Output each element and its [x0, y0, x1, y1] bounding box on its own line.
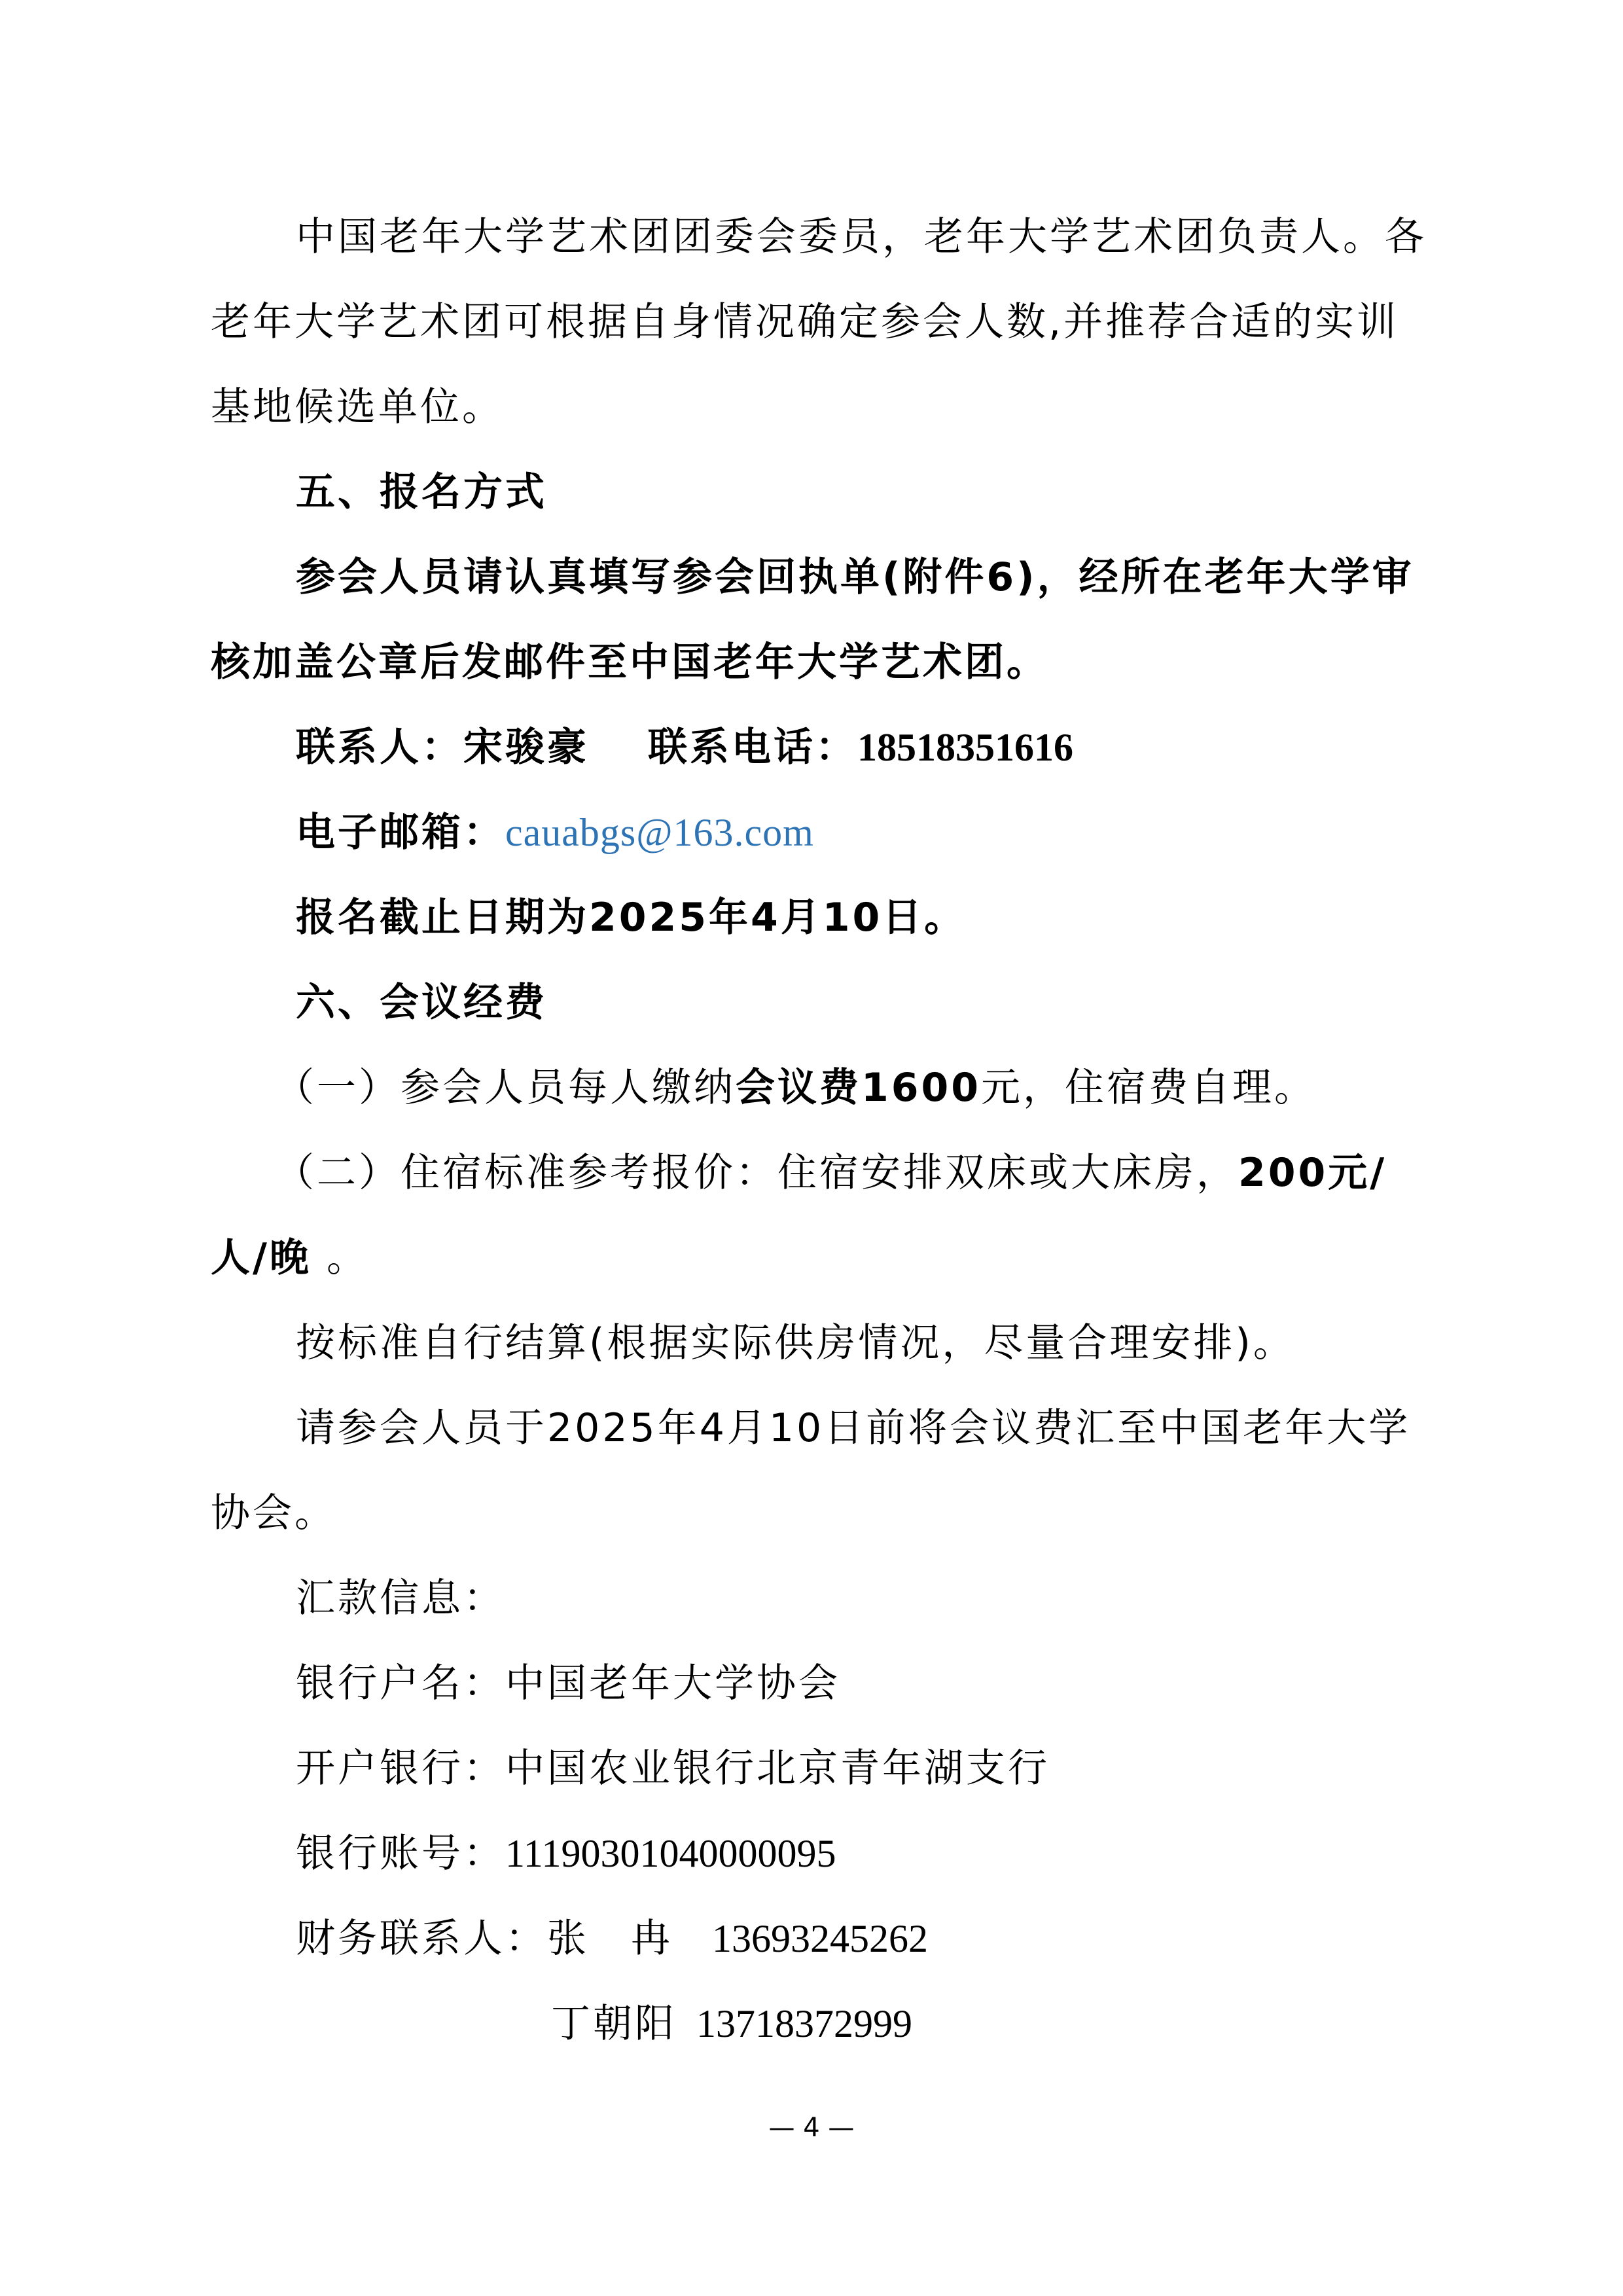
- section-heading-registration: 五、报名方式: [296, 466, 1500, 518]
- remittance-info-heading: 汇款信息：: [296, 1572, 1500, 1624]
- fee-item-1-text: （一）参会人员每人缴纳: [275, 1065, 736, 1111]
- email-label: 电子邮箱：: [296, 810, 505, 855]
- fee-item-1-suffix: 元，住宿费自理。: [981, 1065, 1316, 1111]
- contact-line: 联系人：宋骏豪联系电话：18518351616: [296, 721, 1500, 774]
- fee-item-2: （二）住宿标准参考报价：住宿安排双床或大床房，200元/: [275, 1147, 1479, 1199]
- paragraph-line: 基地候选单位。: [211, 381, 1415, 433]
- bank-name-label: 银行户名：: [296, 1660, 505, 1706]
- account-value: 11190301040000095: [505, 1832, 836, 1875]
- fee-item-2-text: （二）住宿标准参考报价：住宿安排双床或大床房，: [275, 1150, 1238, 1196]
- contact-person: 联系人：宋骏豪: [296, 725, 589, 770]
- paragraph-line: 参会人员请认真填写参会回执单(附件6)，经所在老年大学审: [296, 551, 1500, 603]
- paragraph-line: 老年大学艺术团可根据自身情况确定参会人数,并推荐合适的实训: [211, 296, 1415, 348]
- fee-item-2-unit: 人/晚: [211, 1235, 312, 1281]
- bank-branch-value: 中国农业银行北京青年湖支行: [505, 1746, 1050, 1791]
- bank-branch: 开户银行：中国农业银行北京青年湖支行: [296, 1742, 1500, 1795]
- settlement-line: 按标准自行结算(根据实际供房情况，尽量合理安排)。: [296, 1317, 1500, 1369]
- bank-account-number: 银行账号：11190301040000095: [296, 1827, 1500, 1880]
- paragraph-line: 核加盖公章后发邮件至中国老年大学艺术团。: [211, 636, 1415, 689]
- page-number: — 4 —: [0, 2113, 1623, 2143]
- finance-contact-2-phone: 13718372999: [696, 2002, 912, 2045]
- paragraph-line: 中国老年大学艺术团团委会委员，老年大学艺术团负责人。各: [296, 211, 1500, 263]
- finance-contact-1-phone: 13693245262: [712, 1917, 928, 1960]
- deadline-line: 报名截止日期为2025年4月10日。: [296, 891, 1500, 944]
- account-label: 银行账号：: [296, 1831, 505, 1876]
- email-line: 电子邮箱：cauabgs@163.com: [296, 806, 1500, 859]
- phone-label: 联系电话：: [648, 725, 857, 770]
- bank-branch-label: 开户银行：: [296, 1746, 505, 1791]
- section-heading-fees: 六、会议经费: [296, 977, 1500, 1029]
- phone-value: 18518351616: [857, 726, 1073, 769]
- fee-item-1-amount: 会议费1600: [736, 1065, 981, 1111]
- fee-item-2-cont: 人/晚 。: [211, 1232, 1415, 1284]
- finance-contact-2: 丁朝阳13718372999: [551, 1998, 1623, 2050]
- fee-item-2-amount: 200元/: [1238, 1150, 1387, 1196]
- fee-item-2-end: 。: [312, 1235, 368, 1281]
- remittance-line: 请参会人员于2025年4月10日前将会议费汇至中国老年大学: [296, 1402, 1500, 1454]
- finance-contact-2-name: 丁朝阳: [551, 2001, 677, 2047]
- bank-name-value: 中国老年大学协会: [505, 1660, 840, 1706]
- bank-account-name: 银行户名：中国老年大学协会: [296, 1657, 1500, 1710]
- document-page: 中国老年大学艺术团团委会委员，老年大学艺术团负责人。各 老年大学艺术团可根据自身…: [0, 0, 1623, 2296]
- finance-contact-1: 财务联系人：张 冉13693245262: [296, 1912, 1500, 1965]
- finance-label: 财务联系人：: [296, 1916, 547, 1962]
- remittance-line: 协会。: [211, 1487, 1415, 1539]
- email-link[interactable]: cauabgs@163.com: [505, 811, 814, 854]
- fee-item-1: （一）参会人员每人缴纳会议费1600元，住宿费自理。: [275, 1062, 1479, 1114]
- finance-contact-1-name: 张 冉: [547, 1916, 673, 1962]
